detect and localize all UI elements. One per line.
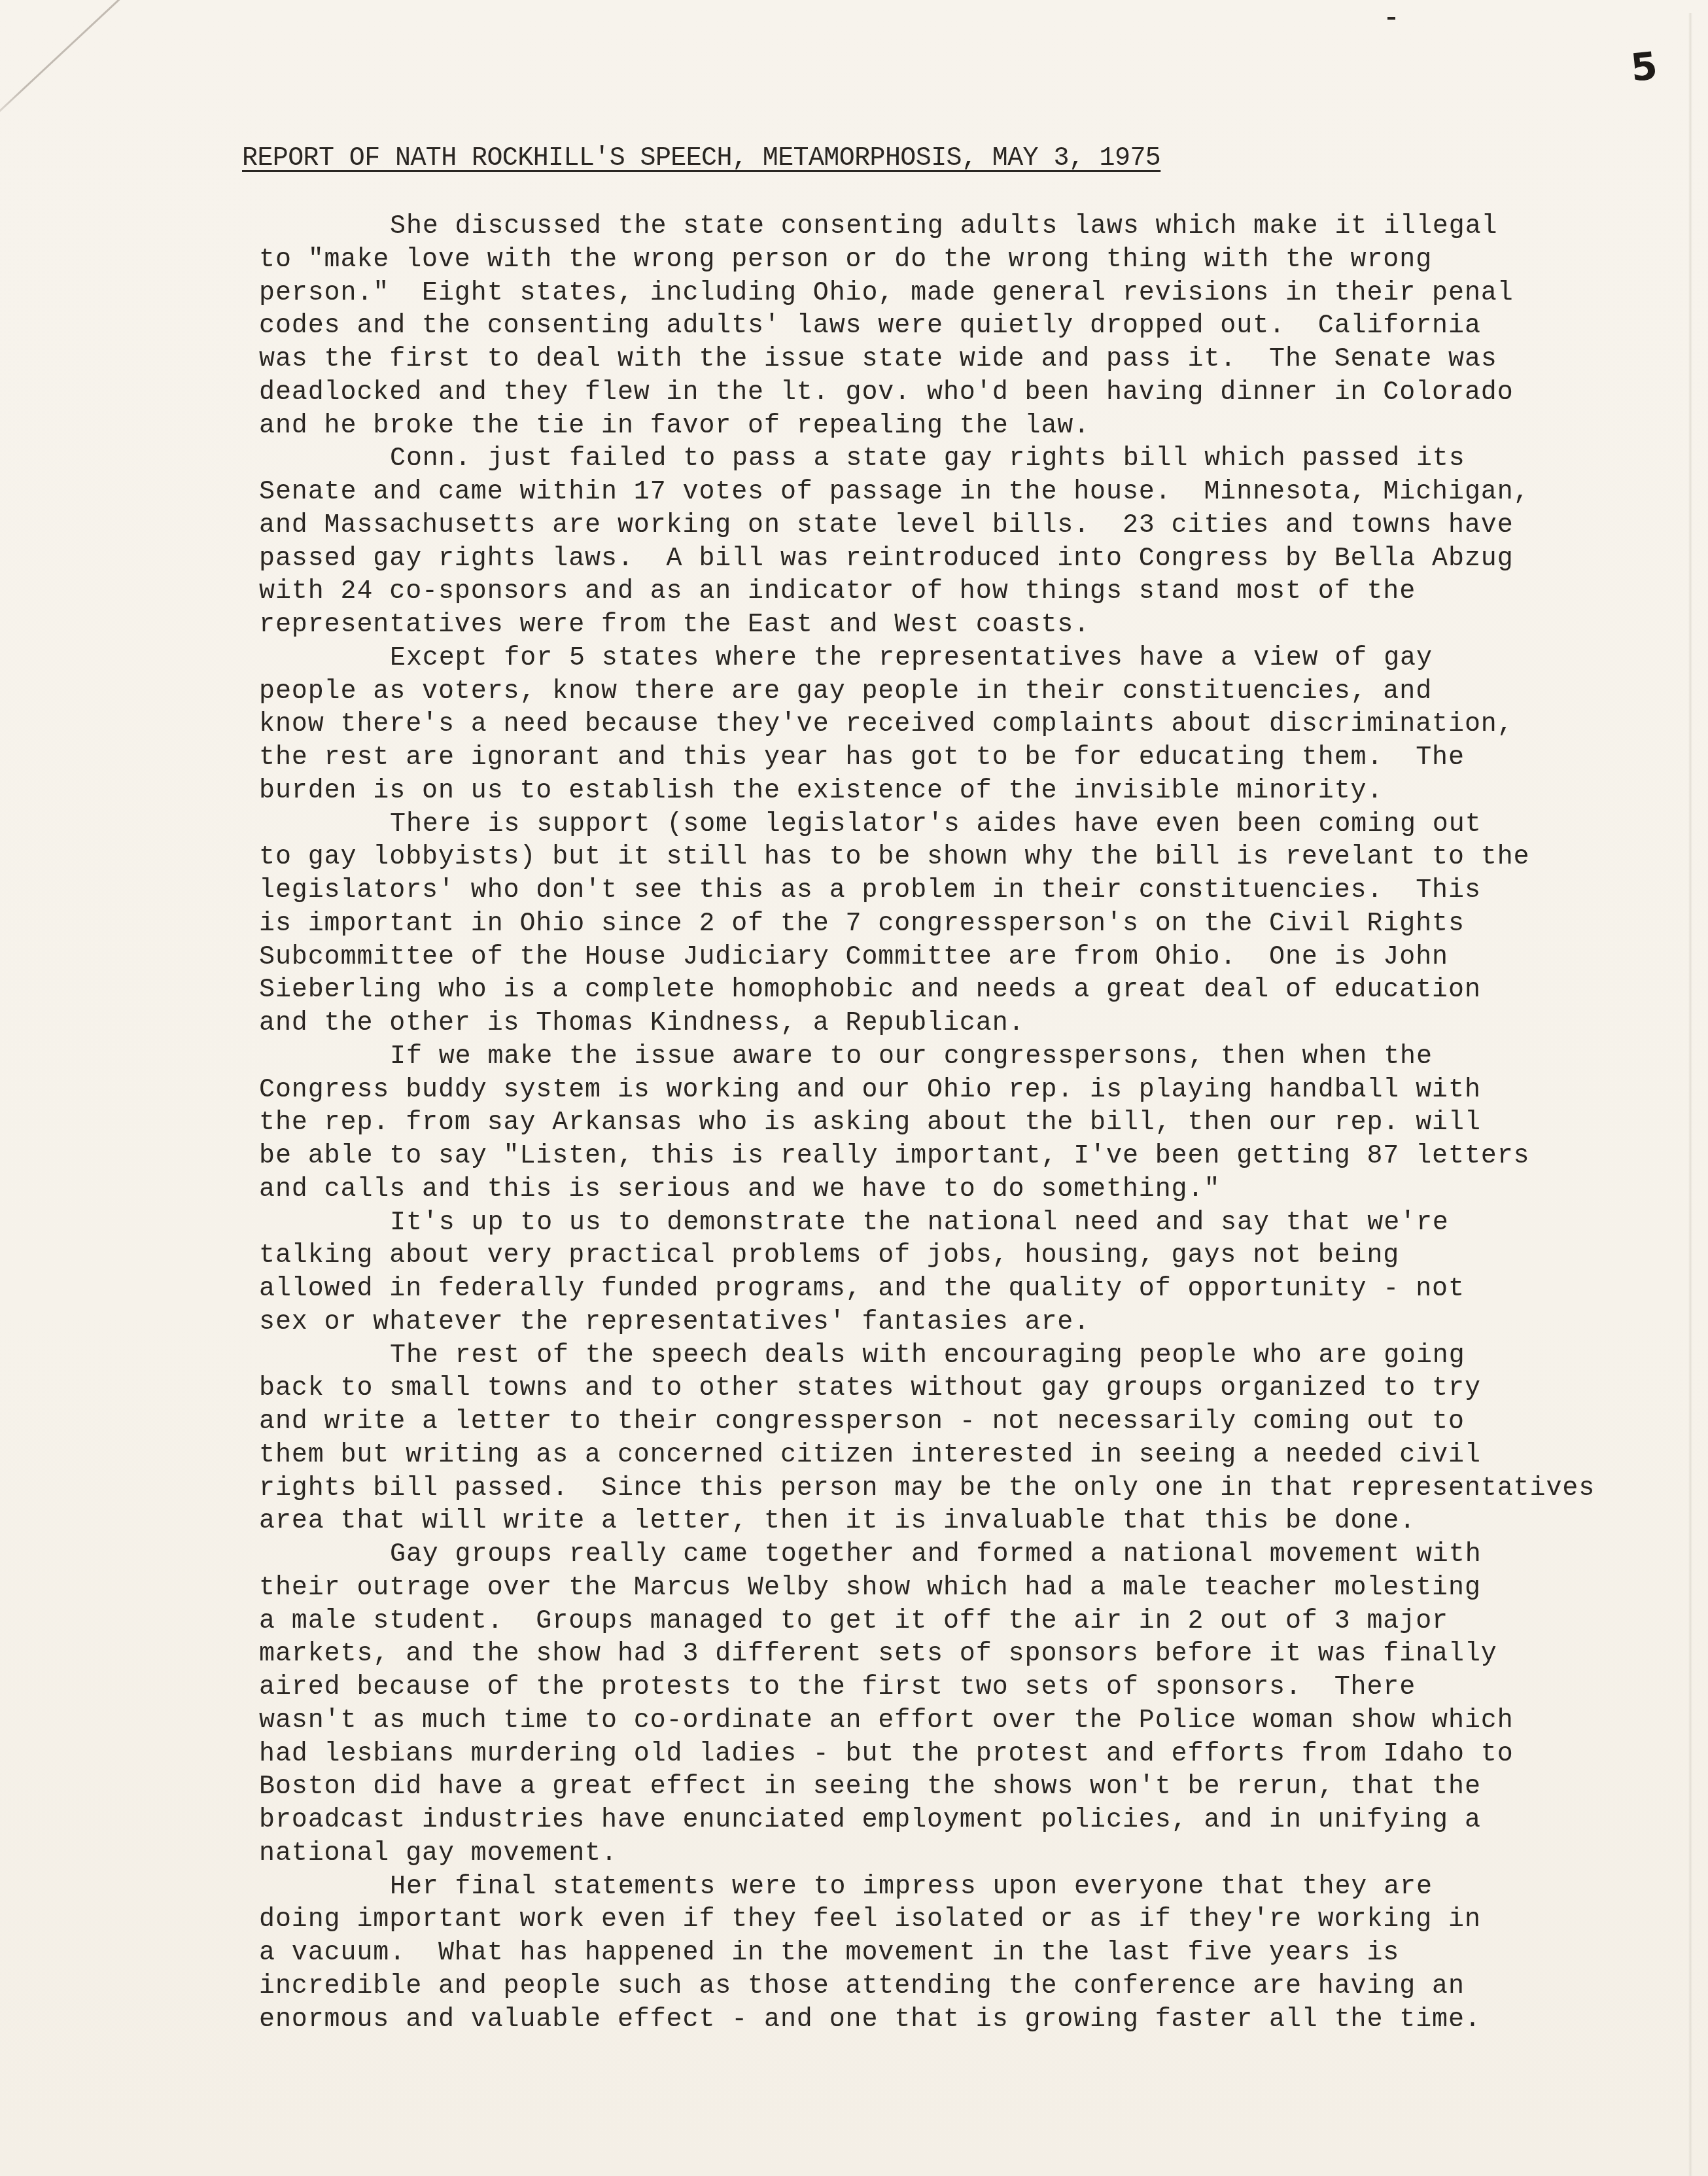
document-title: REPORT OF NATH ROCKHILL'S SPEECH, METAMO… xyxy=(242,143,1160,175)
text-line: doing important work even if they feel i… xyxy=(259,1904,1665,1937)
text-line: and write a letter to their congresspers… xyxy=(259,1406,1665,1439)
text-line: rights bill passed. Since this person ma… xyxy=(259,1473,1665,1506)
text-line: broadcast industries have enunciated emp… xyxy=(259,1804,1665,1838)
text-line: people as voters, know there are gay peo… xyxy=(259,676,1665,709)
paragraph-consenting-adults-laws: She discussed the state consenting adult… xyxy=(259,211,1665,443)
text-line: Boston did have a great effect in seeing… xyxy=(259,1771,1665,1804)
text-line: Sieberling who is a complete homophobic … xyxy=(259,974,1665,1008)
text-line: incredible and people such as those atte… xyxy=(259,1971,1665,2004)
paragraph-representatives-views: Except for 5 states where the representa… xyxy=(259,642,1665,809)
text-line: a vacuum. What has happened in the movem… xyxy=(259,1937,1665,1971)
text-line: Conn. just failed to pass a state gay ri… xyxy=(259,443,1665,476)
text-line: Congress buddy system is working and our… xyxy=(259,1074,1665,1108)
text-line: with 24 co-sponsors and as an indicator … xyxy=(259,576,1665,609)
text-line: Her final statements were to impress upo… xyxy=(259,1871,1665,1904)
paragraph-final-statements: Her final statements were to impress upo… xyxy=(259,1871,1665,2037)
text-line: to "make love with the wrong person or d… xyxy=(259,244,1665,277)
text-line: and the other is Thomas Kindness, a Repu… xyxy=(259,1008,1665,1041)
text-line: If we make the issue aware to our congre… xyxy=(259,1041,1665,1074)
text-line: aired because of the protests to the fir… xyxy=(259,1672,1665,1705)
paragraph-tv-protests: Gay groups really came together and form… xyxy=(259,1539,1665,1871)
text-line: representatives were from the East and W… xyxy=(259,609,1665,642)
text-line: the rep. from say Arkansas who is asking… xyxy=(259,1107,1665,1140)
text-line: was the first to deal with the issue sta… xyxy=(259,343,1665,377)
text-line: passed gay rights laws. A bill was reint… xyxy=(259,543,1665,576)
document-body: She discussed the state consenting adult… xyxy=(259,211,1665,2037)
text-line: be able to say "Listen, this is really i… xyxy=(259,1140,1665,1174)
paragraph-congress-buddy-system: If we make the issue aware to our congre… xyxy=(259,1041,1665,1207)
text-line: Subcommittee of the House Judiciary Comm… xyxy=(259,941,1665,975)
text-line: area that will write a letter, then it i… xyxy=(259,1505,1665,1539)
text-line: their outrage over the Marcus Welby show… xyxy=(259,1572,1665,1606)
text-line: and he broke the tie in favor of repeali… xyxy=(259,410,1665,444)
text-line: a male student. Groups managed to get it… xyxy=(259,1606,1665,1639)
text-line: sex or whatever the representatives' fan… xyxy=(259,1307,1665,1340)
text-line: the rest are ignorant and this year has … xyxy=(259,742,1665,775)
text-line: markets, and the show had 3 different se… xyxy=(259,1638,1665,1672)
text-line: It's up to us to demonstrate the nationa… xyxy=(259,1207,1665,1240)
paragraph-letter-writing: The rest of the speech deals with encour… xyxy=(259,1340,1665,1539)
text-line: national gay movement. xyxy=(259,1838,1665,1871)
text-line: burden is on us to establish the existen… xyxy=(259,775,1665,809)
handwritten-page-number: 5 xyxy=(1629,43,1660,90)
scanned-document-page: 5 REPORT OF NATH ROCKHILL'S SPEECH, META… xyxy=(0,0,1708,2176)
text-line: wasn't as much time to co-ordinate an ef… xyxy=(259,1705,1665,1738)
paper-fold-line xyxy=(0,0,223,136)
text-line: and calls and this is serious and we hav… xyxy=(259,1174,1665,1207)
text-line: deadlocked and they flew in the lt. gov.… xyxy=(259,377,1665,410)
text-line: know there's a need because they've rece… xyxy=(259,709,1665,742)
page-edge-shadow xyxy=(1688,13,1692,2176)
paragraph-legislative-support: There is support (some legislator's aide… xyxy=(259,809,1665,1041)
text-line: to gay lobbyists) but it still has to be… xyxy=(259,841,1665,875)
text-line: enormous and valuable effect - and one t… xyxy=(259,2004,1665,2037)
paragraph-national-need: It's up to us to demonstrate the nationa… xyxy=(259,1207,1665,1340)
text-line: is important in Ohio since 2 of the 7 co… xyxy=(259,908,1665,941)
text-line: them but writing as a concerned citizen … xyxy=(259,1439,1665,1473)
text-line: Except for 5 states where the representa… xyxy=(259,642,1665,676)
text-line: She discussed the state consenting adult… xyxy=(259,211,1665,244)
text-line: allowed in federally funded programs, an… xyxy=(259,1273,1665,1307)
paragraph-state-gay-rights-bills: Conn. just failed to pass a state gay ri… xyxy=(259,443,1665,642)
text-line: and Massachusetts are working on state l… xyxy=(259,510,1665,543)
text-line: There is support (some legislator's aide… xyxy=(259,809,1665,842)
text-line: codes and the consenting adults' laws we… xyxy=(259,310,1665,343)
text-line: talking about very practical problems of… xyxy=(259,1240,1665,1273)
text-line: Gay groups really came together and form… xyxy=(259,1539,1665,1572)
text-line: person." Eight states, including Ohio, m… xyxy=(259,277,1665,311)
text-line: legislators' who don't see this as a pro… xyxy=(259,875,1665,908)
text-line: The rest of the speech deals with encour… xyxy=(259,1340,1665,1373)
text-line: had lesbians murdering old ladies - but … xyxy=(259,1738,1665,1772)
text-line: Senate and came within 17 votes of passa… xyxy=(259,476,1665,510)
text-line: back to small towns and to other states … xyxy=(259,1373,1665,1406)
ink-speck xyxy=(1387,17,1395,20)
